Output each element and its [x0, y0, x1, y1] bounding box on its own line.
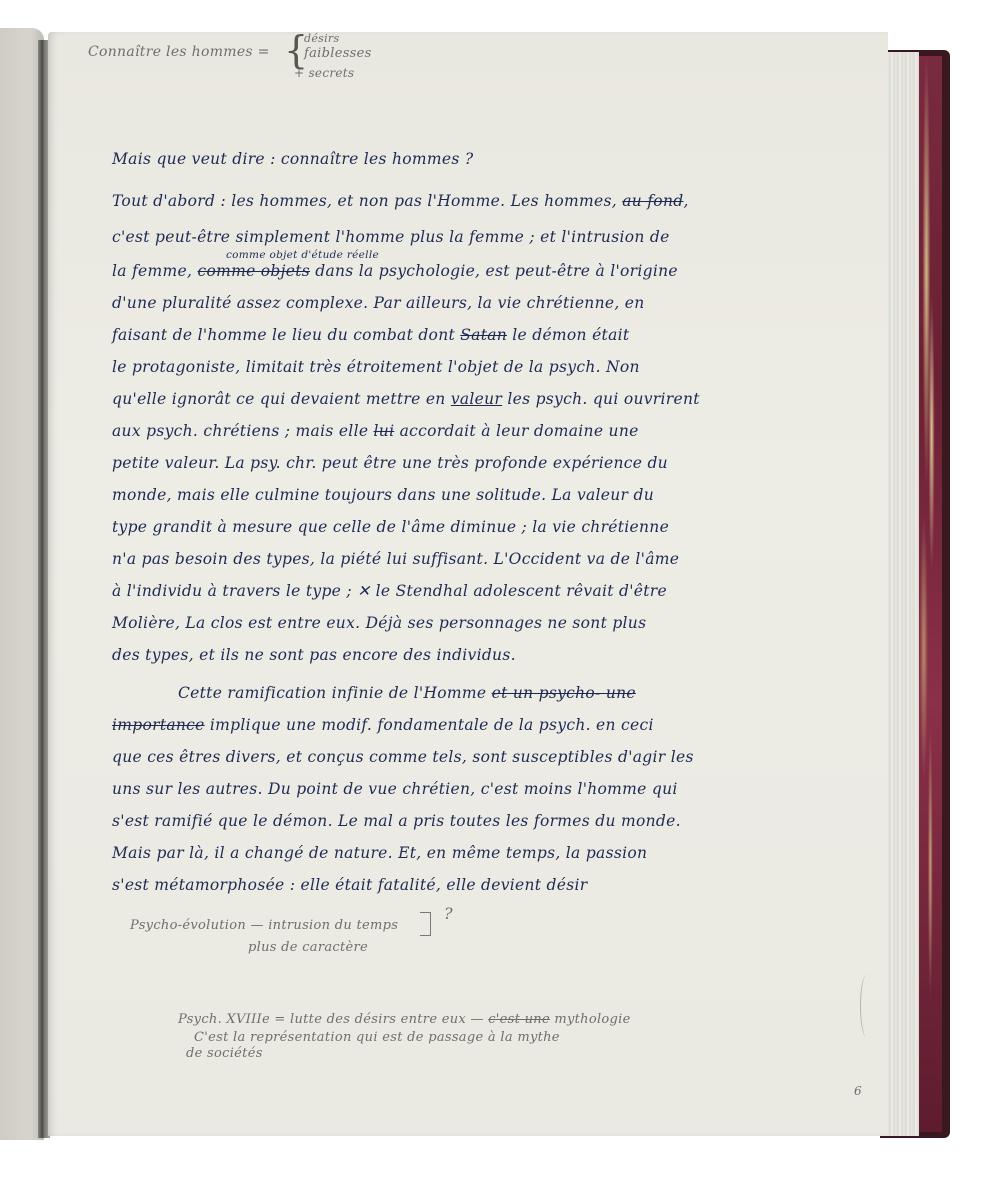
interlinear-insertion: comme objet d'étude réelle	[226, 249, 379, 261]
body-line: des types, et ils ne sont pas encore des…	[112, 646, 516, 664]
body-line: Mais par là, il a changé de nature. Et, …	[112, 844, 647, 862]
body-line: c'est peut-être simplement l'homme plus …	[112, 228, 670, 246]
question-mark: ?	[444, 904, 453, 923]
body-line: monde, mais elle culmine toujours dans u…	[112, 486, 654, 504]
body-line: importance implique une modif. fondament…	[112, 716, 654, 734]
page-number: 6	[854, 1084, 862, 1098]
body-line: le protagoniste, limitait très étroiteme…	[112, 358, 640, 376]
body-line: type grandit à mesure que celle de l'âme…	[112, 518, 669, 536]
bracket-mark	[420, 912, 431, 936]
body-line: aux psych. chrétiens ; mais elle lui acc…	[112, 422, 639, 440]
body-line: la femme, comme objets dans la psycholog…	[112, 262, 678, 280]
body-line: uns sur les autres. Du point de vue chré…	[112, 780, 678, 798]
pencil-note-2-line1: Psych. XVIIIe = lutte des désirs entre e…	[178, 1012, 631, 1027]
body-line: faisant de l'homme le lieu du combat don…	[112, 326, 629, 344]
struck-word: c'est une	[488, 1012, 550, 1027]
struck-word: au fond	[622, 192, 683, 210]
pencil-arc-mark	[860, 975, 873, 1037]
body-line: qu'elle ignorât ce qui devaient mettre e…	[112, 390, 700, 408]
body-line: Mais que veut dire : connaître les homme…	[112, 150, 473, 168]
body-line: d'une pluralité assez complexe. Par aill…	[112, 294, 645, 312]
top-note-addition: + secrets	[294, 66, 354, 80]
pencil-note-1-line1: Psycho-évolution — intrusion du temps	[130, 918, 398, 933]
body-line: Molière, La clos est entre eux. Déjà ses…	[112, 614, 646, 632]
underlined-word: valeur	[451, 390, 502, 408]
marbled-endpaper	[916, 56, 942, 1132]
top-note-left: Connaître les hommes =	[88, 44, 270, 60]
manuscript-page: Connaître les hommes = { désirs faibless…	[48, 32, 888, 1136]
body-line: petite valeur. La psy. chr. peut être un…	[112, 454, 668, 472]
struck-word: importance	[112, 716, 205, 734]
struck-word: lui	[374, 422, 395, 440]
body-line: s'est métamorphosée : elle était fatalit…	[112, 876, 587, 894]
top-note-item-weaknesses: faiblesses	[304, 46, 372, 61]
body-line: n'a pas besoin des types, la piété lui s…	[112, 550, 679, 568]
struck-word: comme objets	[197, 262, 310, 280]
body-line: s'est ramifié que le démon. Le mal a pri…	[112, 812, 681, 830]
struck-word: et un psycho- une	[492, 684, 636, 702]
body-line: Cette ramification infinie de l'Homme et…	[178, 684, 636, 702]
body-line: Tout d'abord : les hommes, et non pas l'…	[112, 192, 689, 210]
pencil-note-2-line2: C'est la représentation qui est de passa…	[194, 1030, 560, 1045]
struck-word: Satan	[460, 326, 507, 344]
pencil-note-1-line2: plus de caractère	[248, 940, 368, 955]
pencil-note-2-line3: de sociétés	[186, 1046, 263, 1061]
top-note-item-desires: désirs	[304, 32, 339, 45]
body-line: que ces êtres divers, et conçus comme te…	[112, 748, 694, 766]
body-line: à l'individu à travers le type ; ✕ le St…	[112, 582, 667, 600]
